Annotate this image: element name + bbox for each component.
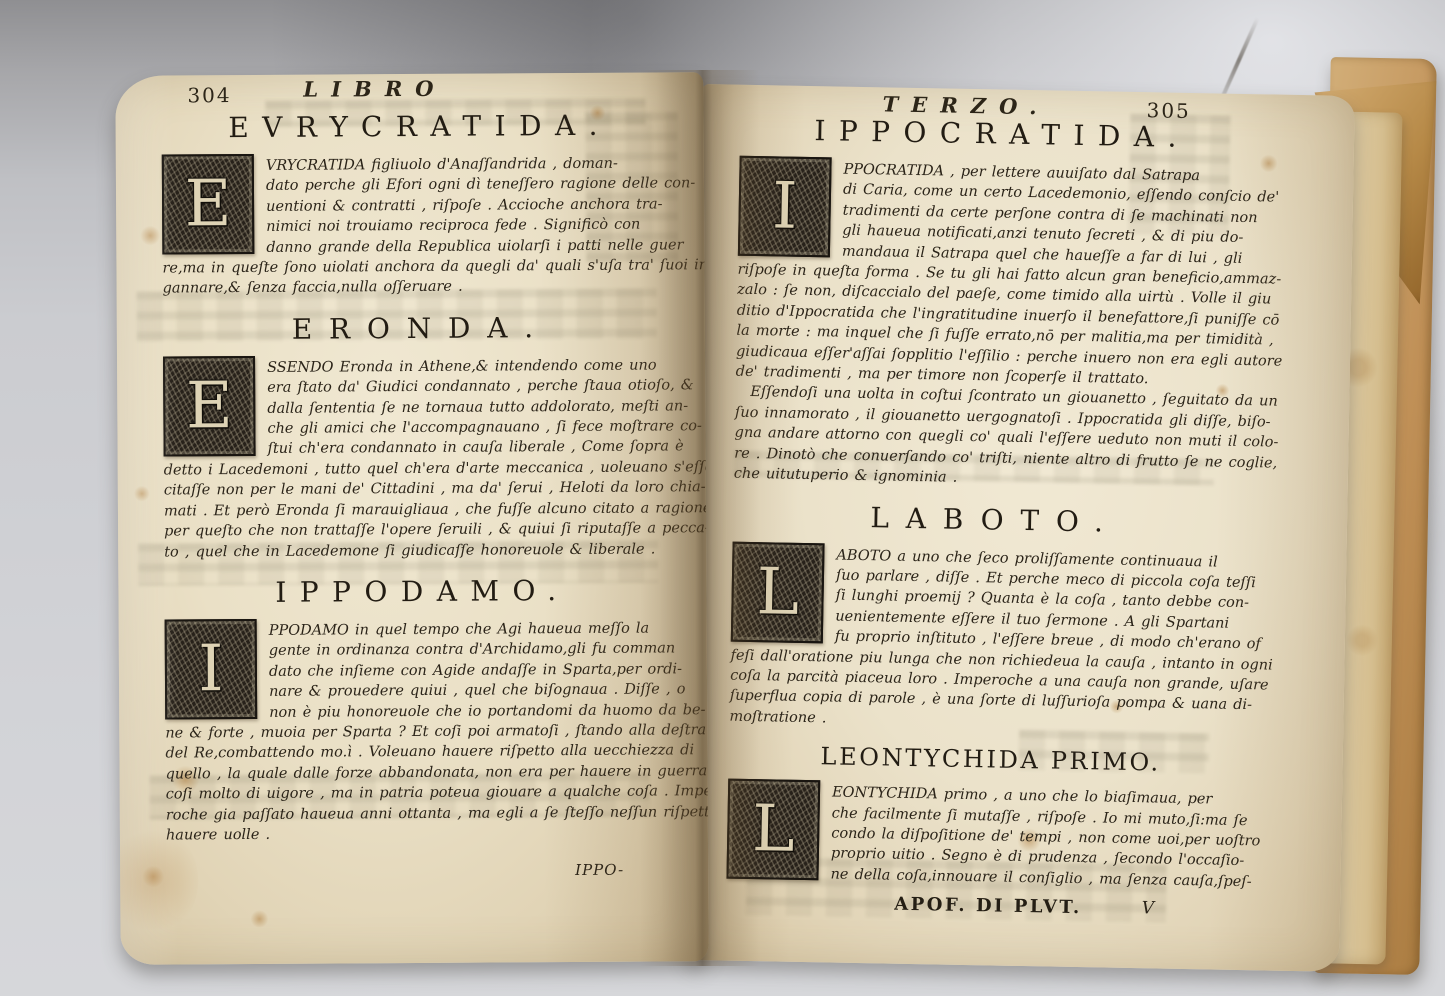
text-line: to , quel che in Lacedemone ſi giudicaſſ… (164, 539, 680, 563)
text-line: del Re,combattendo mo.ì . Voleuano hauer… (165, 741, 681, 765)
text-line: citaſſe non per le mani de' Cittadini , … (164, 478, 680, 502)
drop-cap-letter: E (186, 374, 233, 438)
text-line: nare & prouedere quiui , quel che biſogn… (269, 679, 705, 702)
drop-cap-letter: L (752, 797, 796, 862)
photo-backdrop: 304 LIBRO EVRYCRATIDA. E VRYCRATIDA figl… (0, 0, 1445, 996)
paragraph-full-lines: detto i Lacedemoni , tutto quel ch'era d… (164, 457, 681, 562)
section-heading-evrycratida: EVRYCRATIDA. (162, 108, 678, 144)
paragraph-indented-lines: EONTYCHIDA primo , a uno che lo biaſimau… (830, 781, 1261, 893)
section-evrycratida: E VRYCRATIDA figliuolo d'Anaſſandrida , … (162, 151, 679, 258)
drop-cap-letter: I (772, 174, 798, 238)
foxing-stain (134, 486, 150, 502)
text-line: che gli amici che l'accompagnauano , ſi … (267, 416, 702, 439)
right-text-column: IPPOCRATIDA. I PPOCRATIDA , per lettere … (726, 113, 1265, 922)
page-footer: APOF. DI PLVT. V (726, 891, 1250, 922)
section-ippodamo: I PPODAMO in quel tempo che Agi haueua m… (165, 616, 682, 723)
woodcut-initial-E: E (162, 154, 255, 255)
section-laboto: L ABOTO a uno che ſeco proliſſamente con… (731, 541, 1257, 655)
drop-cap-letter: L (756, 560, 800, 625)
catchword: IPPO- (166, 861, 682, 882)
text-line: coſi molto di uigore , ma in patria pote… (166, 782, 682, 806)
left-text-column: EVRYCRATIDA. E VRYCRATIDA figliuolo d'An… (162, 108, 683, 882)
foxing-stain (142, 866, 164, 888)
paragraph-indented-lines: PPOCRATIDA , per lettere auuiſato dal Sa… (842, 158, 1280, 270)
left-page: 304 LIBRO EVRYCRATIDA. E VRYCRATIDA figl… (115, 72, 708, 965)
text-line: dalla ſententia ſe ne tornaua tutto addo… (267, 396, 702, 419)
paragraph-second: Eſſendoſi una uolta in coſtui ſcontrato … (734, 382, 1260, 494)
signature-mark: V (1142, 898, 1155, 918)
text-line: gannare,& ſenza faccia,nulla oſſeruare . (163, 276, 679, 300)
text-line: danno grande della Republica uiolarſi i … (266, 235, 695, 258)
text-line: dato perche gli Efori ogni dì teneſſero … (266, 174, 695, 197)
section-heading-laboto: LABOTO. (733, 498, 1258, 541)
text-line: per queſto che non trattaſſe l'opere ſer… (164, 518, 680, 542)
text-line: nimici noi trouiamo reciproca fede . Sig… (266, 214, 695, 237)
foxing-stain (140, 226, 160, 246)
section-heading-eronda: ERONDA. (163, 310, 679, 346)
right-page: TERZO. 305 IPPOCRATIDA. I PPOCRATIDA , p… (685, 84, 1355, 972)
backdrop-scratch-mark (1218, 17, 1259, 103)
section-leontychida: L EONTYCHIDA primo , a uno che lo biaſim… (726, 779, 1252, 893)
text-line: hauere uolle . (166, 822, 682, 846)
woodcut-initial-L-ornament: L (731, 541, 825, 643)
woodcut-initial-L-figures: L (726, 779, 820, 881)
footer-title: APOF. DI PLVT. (894, 894, 1082, 918)
text-line: re,ma in queſte ſono uiolati anchora da … (162, 255, 678, 279)
drop-cap-letter: I (198, 637, 224, 701)
paragraph-full-lines: ne & forte , muoia per Sparta ? Et coſi … (165, 720, 682, 846)
text-line: uentioni & contratti , riſpoſe . Accioch… (266, 194, 695, 217)
section-heading-leontychida-primo: LEONTYCHIDA PRIMO. (728, 741, 1252, 779)
text-line: roche gia paſſato haueua anni ottanta , … (166, 802, 682, 826)
section-eronda: E SSENDO Eronda in Athene,& intendendo c… (163, 353, 680, 460)
text-line: dato che inſieme con Agide andaſſe in Sp… (269, 659, 705, 682)
text-line: era ſtato da' Giudici condannato , perch… (267, 375, 702, 398)
woodcut-initial-I-figures: I (165, 619, 258, 720)
woodcut-initial-I-figures: I (738, 156, 832, 258)
page-number-right: 305 (1146, 98, 1191, 123)
woodcut-initial-E-figure: E (163, 356, 256, 457)
drop-cap-letter: E (185, 172, 232, 236)
text-line: PPODAMO in quel tempo che Agi haueua meſ… (269, 618, 705, 641)
page-number-left: 304 (187, 83, 231, 107)
section-ippocratida: I PPOCRATIDA , per lettere auuiſato dal … (738, 156, 1264, 270)
text-line: gente in ordinanza contra d'Archidamo,gl… (269, 639, 705, 662)
paragraph-full-lines: feſi dall'oratione piu lunga che non ric… (729, 645, 1254, 736)
paragraph-indented-lines: ABOTO a uno che ſeco proliſſamente conti… (835, 543, 1263, 655)
section-heading-ippodamo: IPPODAMO. (164, 573, 680, 609)
paragraph-indented-lines: PPODAMO in quel tempo che Agi haueua meſ… (269, 616, 706, 723)
text-line: non è piu honoreuole che io portandomi d… (269, 700, 705, 723)
text-line: ſtui ch'era condannato in cauſa liberale… (268, 437, 703, 460)
text-line: SSENDO Eronda in Athene,& intendendo com… (267, 355, 702, 378)
text-line: VRYCRATIDA figliuolo d'Anaſſandrida , do… (266, 153, 695, 176)
paragraph-full-lines: re,ma in queſte ſono uiolati anchora da … (162, 255, 678, 299)
paragraph-full-lines: riſpoſe in queſta forma . Se tu gli hai … (736, 260, 1262, 392)
paragraph-indented-lines: VRYCRATIDA figliuolo d'Anaſſandrida , do… (266, 151, 696, 258)
running-header-left: LIBRO (303, 76, 446, 102)
foxing-stain (250, 910, 268, 928)
paragraph-indented-lines: SSENDO Eronda in Athene,& intendendo com… (267, 353, 702, 460)
